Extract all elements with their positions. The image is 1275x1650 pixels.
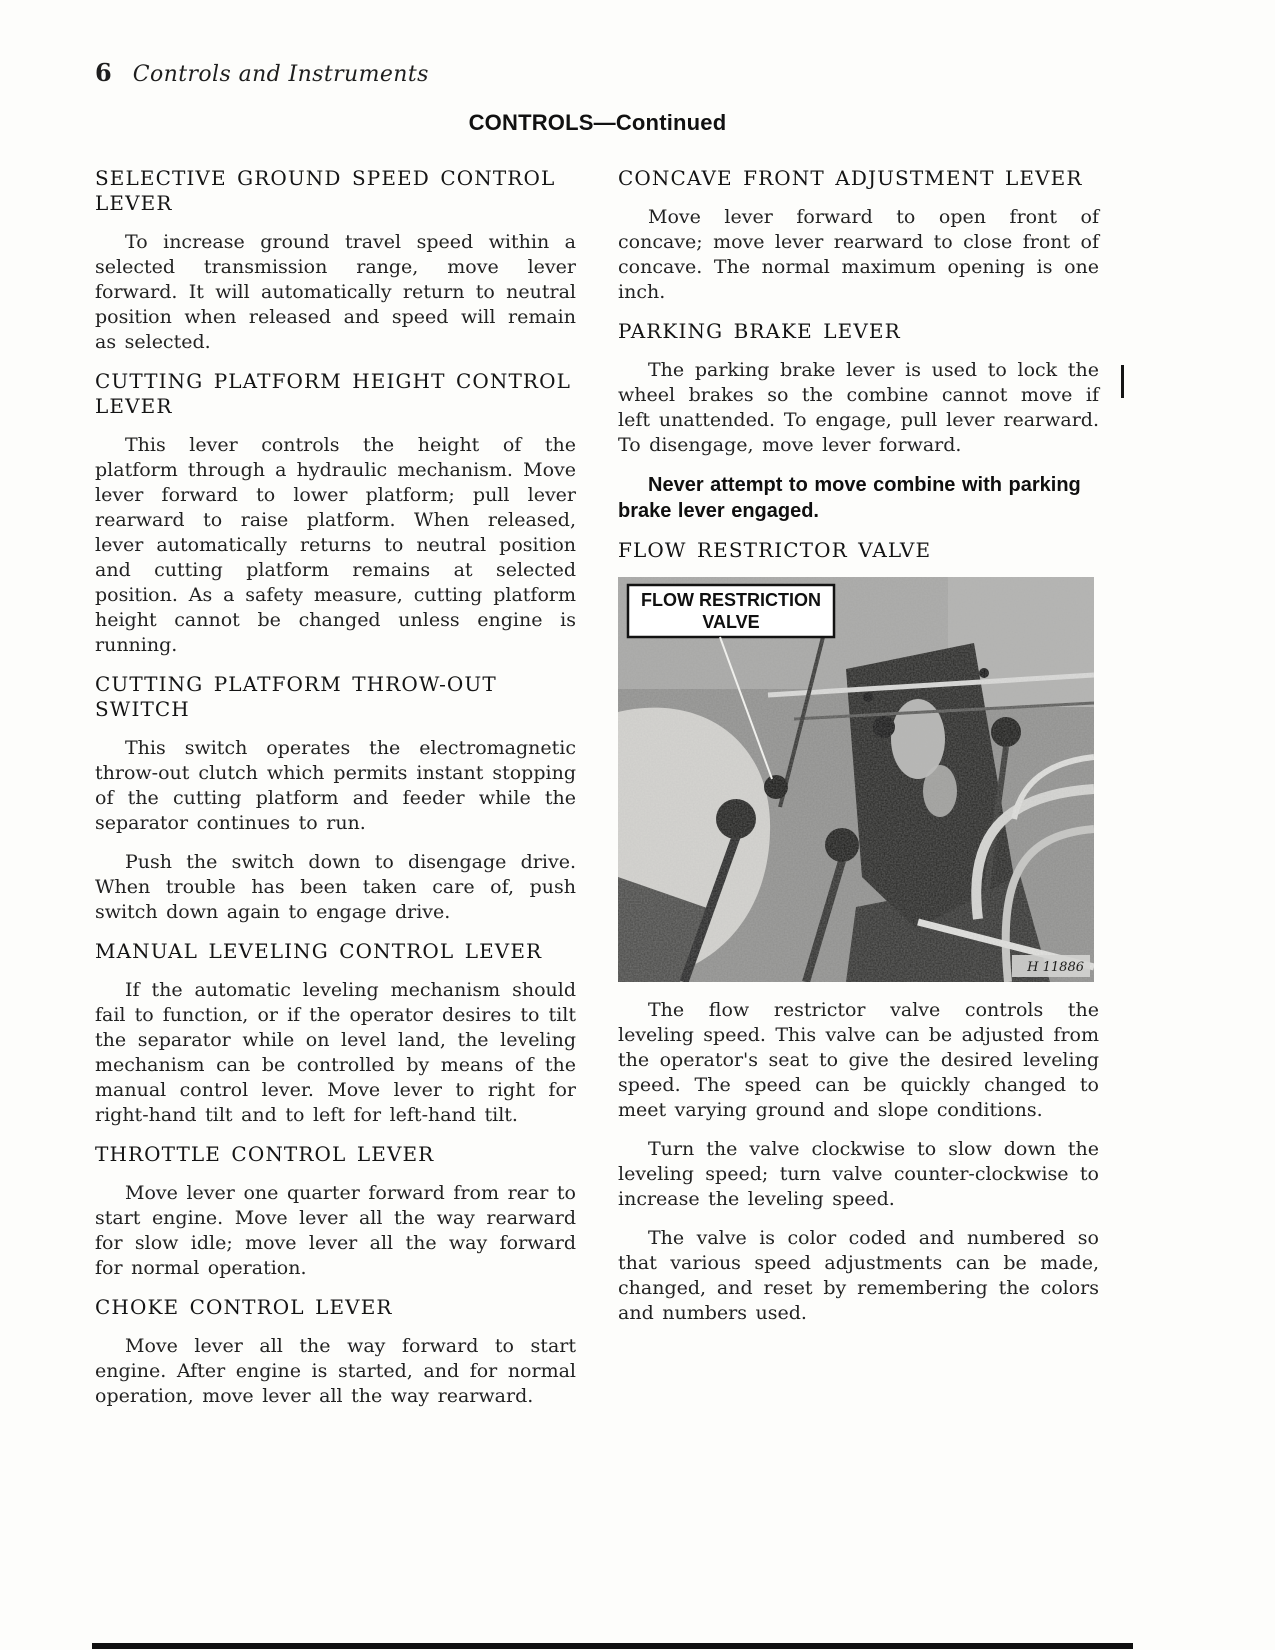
paragraph: Turn the valve clockwise to slow down th…: [618, 1137, 1099, 1212]
page-content: 6 Controls and Instruments CONTROLS—Cont…: [95, 58, 1100, 1423]
paragraph: Move lever one quarter forward from rear…: [95, 1181, 576, 1281]
photo-label-line1: FLOW RESTRICTION: [641, 590, 821, 610]
heading-throw-out-switch: CUTTING PLATFORM THROW-OUT SWITCH: [95, 672, 576, 722]
heading-manual-leveling: MANUAL LEVELING CONTROL LEVER: [95, 939, 576, 964]
scan-artifact-bottom-bar: [92, 1643, 1133, 1649]
paragraph: This switch operates the electromagnetic…: [95, 736, 576, 836]
paragraph: If the automatic leveling mechanism shou…: [95, 978, 576, 1128]
right-column: CONCAVE FRONT ADJUSTMENT LEVER Move leve…: [618, 166, 1099, 1423]
running-title: Controls and Instruments: [133, 62, 429, 87]
heading-throttle-control: THROTTLE CONTROL LEVER: [95, 1142, 576, 1167]
heading-selective-ground-speed: SELECTIVE GROUND SPEED CONTROL LEVER: [95, 166, 576, 216]
paragraph: The parking brake lever is used to lock …: [618, 358, 1099, 458]
page-number: 6: [95, 58, 112, 87]
warning-note: Never attempt to move combine with parki…: [618, 472, 1099, 524]
page-header: 6 Controls and Instruments: [95, 58, 1100, 88]
heading-concave-front: CONCAVE FRONT ADJUSTMENT LEVER: [618, 166, 1099, 191]
paragraph: This lever controls the height of the pl…: [95, 433, 576, 658]
heading-cutting-platform-height: CUTTING PLATFORM HEIGHT CONTROL LEVER: [95, 369, 576, 419]
heading-choke-control: CHOKE CONTROL LEVER: [95, 1295, 576, 1320]
paragraph: Push the switch down to disengage drive.…: [95, 850, 576, 925]
two-column-layout: SELECTIVE GROUND SPEED CONTROL LEVER To …: [95, 166, 1100, 1423]
paragraph: The flow restrictor valve controls the l…: [618, 998, 1099, 1123]
photo-caption: H 11886: [1026, 960, 1084, 975]
paragraph: The valve is color coded and numbered so…: [618, 1226, 1099, 1326]
scan-artifact-vline: [1121, 365, 1124, 398]
flow-restrictor-photo: FLOW RESTRICTION VALVE H 11886: [618, 577, 1094, 982]
left-column: SELECTIVE GROUND SPEED CONTROL LEVER To …: [95, 166, 576, 1423]
heading-parking-brake: PARKING BRAKE LEVER: [618, 319, 1099, 344]
paragraph: Move lever forward to open front of conc…: [618, 205, 1099, 305]
paragraph: To increase ground travel speed within a…: [95, 230, 576, 355]
paragraph: Move lever all the way forward to start …: [95, 1334, 576, 1409]
manual-page: 6 Controls and Instruments CONTROLS—Cont…: [0, 0, 1275, 1650]
photo-illustration: FLOW RESTRICTION VALVE H 11886: [618, 577, 1094, 982]
section-heading: CONTROLS—Continued: [95, 110, 1100, 136]
heading-flow-restrictor: FLOW RESTRICTOR VALVE: [618, 538, 1099, 563]
photo-label-line2: VALVE: [702, 612, 759, 632]
